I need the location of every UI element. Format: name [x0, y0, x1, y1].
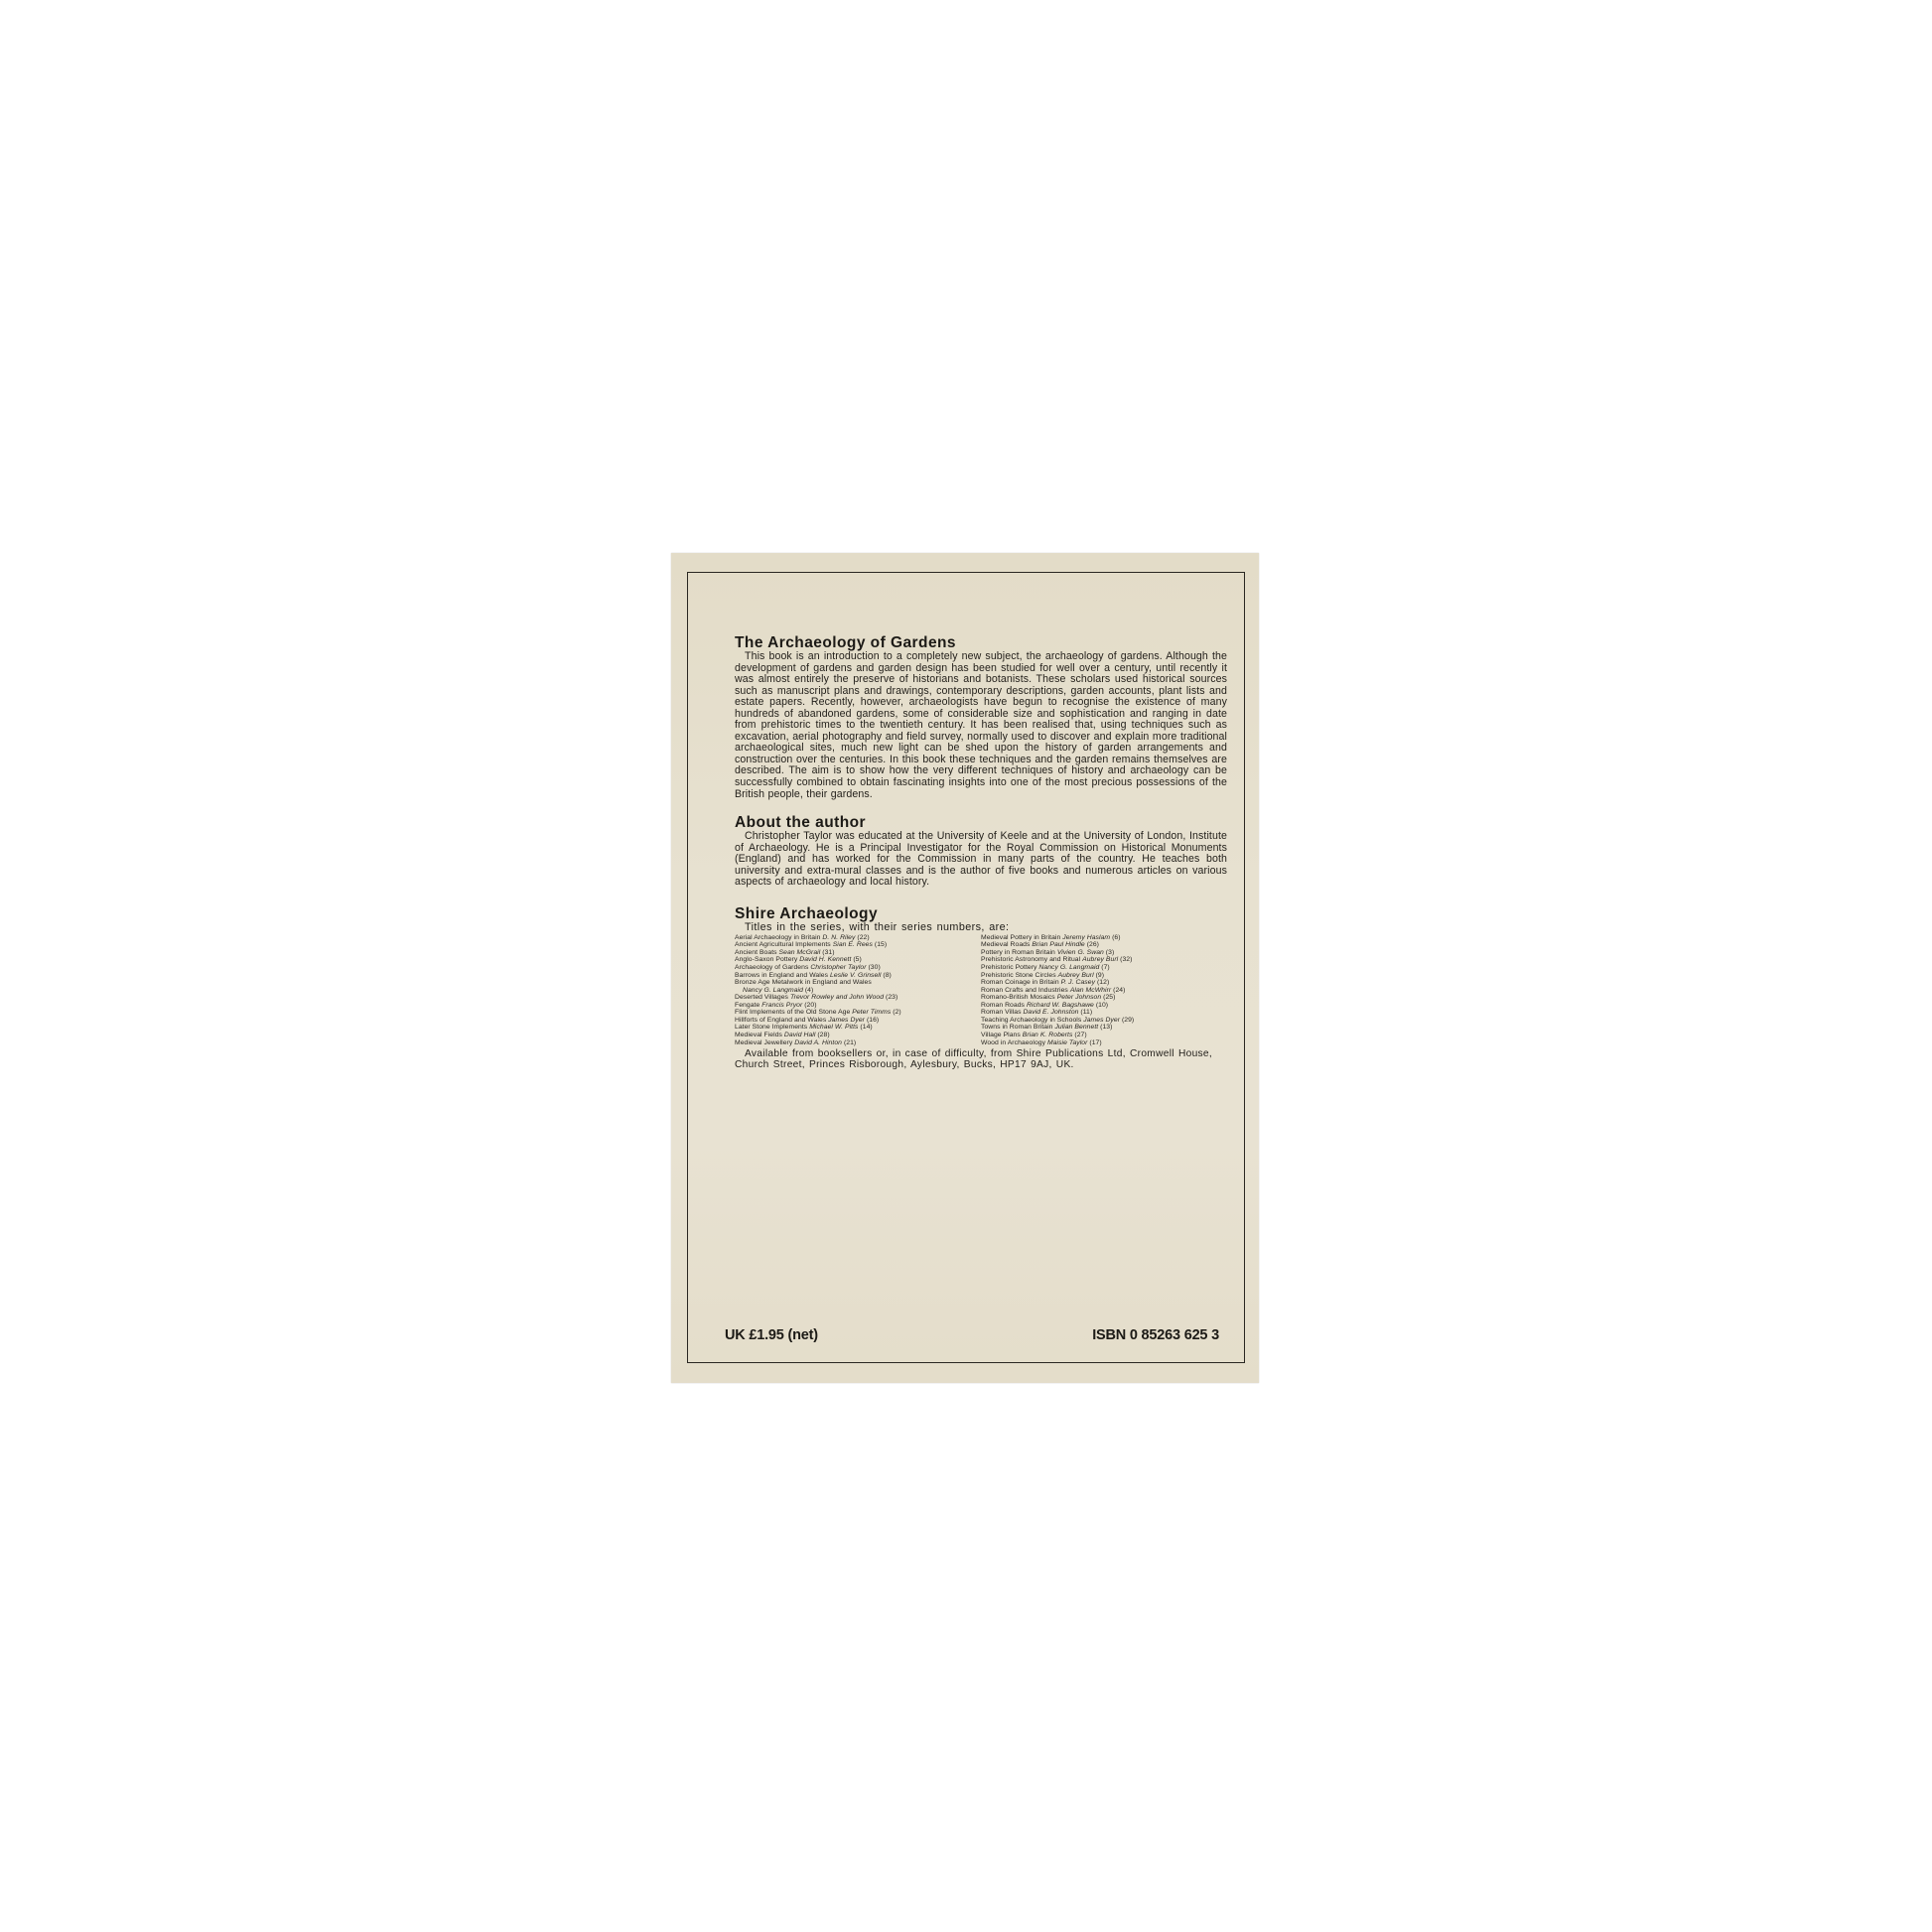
series-item-number: (9) — [1094, 972, 1104, 979]
series-item-number: (21) — [842, 1039, 856, 1046]
series-item-title: Barrows in England and Wales — [735, 972, 830, 979]
series-item-author: Brian K. Roberts — [1023, 1032, 1073, 1038]
series-item-author: James Dyer — [828, 1017, 865, 1024]
series-item-number: (15) — [873, 941, 887, 948]
series-list-item: Ancient Boats Sean McGrail (31) — [735, 949, 981, 957]
series-item-number: (31) — [820, 949, 834, 956]
series-item-title: Anglo-Saxon Pottery — [735, 956, 799, 963]
series-item-author: Aubrey Burl — [1058, 972, 1094, 979]
series-list-item: Later Stone Implements Michael W. Pitts … — [735, 1024, 981, 1032]
series-item-title: Village Plans — [981, 1032, 1023, 1038]
series-item-title: Roman Villas — [981, 1009, 1023, 1016]
series-list-item: Roman Villas David E. Johnston (11) — [981, 1009, 1227, 1017]
series-item-number: (23) — [884, 994, 897, 1001]
series-item-author: Sean McGrail — [779, 949, 821, 956]
series-list-item: Hillforts of England and Wales James Dye… — [735, 1017, 981, 1025]
series-list-item: Towns in Roman Britain Julian Bennett (1… — [981, 1024, 1227, 1032]
book-back-cover: The Archaeology of Gardens This book is … — [671, 553, 1259, 1383]
series-list-item: Flint Implements of the Old Stone Age Pe… — [735, 1009, 981, 1017]
series-item-title: Ancient Agricultural Implements — [735, 941, 833, 948]
isbn-label: ISBN 0 85263 625 3 — [1092, 1327, 1219, 1343]
series-item-number: (20) — [802, 1002, 816, 1009]
series-item-author: Peter Timms — [852, 1009, 891, 1016]
series-item-author: Christopher Taylor — [810, 964, 866, 971]
series-item-author: David A. Hinton — [794, 1039, 842, 1046]
series-item-number: (12) — [1095, 979, 1109, 986]
series-item-number: (28) — [815, 1032, 829, 1038]
series-list-item: Medieval Fields David Hall (28) — [735, 1032, 981, 1039]
series-list-item: Pottery in Roman Britain Vivien G. Swan … — [981, 949, 1227, 957]
series-list-left-column: Aerial Archaeology in Britain D. N. Rile… — [735, 934, 981, 1046]
series-item-author: James Dyer — [1083, 1017, 1120, 1024]
series-item-number: (4) — [803, 987, 813, 994]
series-item-number: (2) — [891, 1009, 900, 1016]
series-item-author: Alan McWhirr — [1070, 987, 1111, 994]
series-item-author: D. N. Riley — [822, 934, 855, 941]
series-item-author: Jeremy Haslam — [1062, 934, 1110, 941]
series-item-title: Bronze Age Metalwork in England and Wale… — [735, 979, 872, 986]
series-item-title: Medieval Roads — [981, 941, 1032, 948]
series-item-author: Maisie Taylor — [1047, 1039, 1087, 1046]
series-list-item: Deserted Villages Trevor Rowley and John… — [735, 994, 981, 1002]
book-description: This book is an introduction to a comple… — [735, 651, 1227, 800]
about-author-heading: About the author — [735, 815, 1227, 831]
series-item-title: Towns in Roman Britain — [981, 1024, 1054, 1031]
series-item-title: Prehistoric Astronomy and Ritual — [981, 956, 1082, 963]
series-list-item: Medieval Pottery in Britain Jeremy Hasla… — [981, 934, 1227, 942]
series-list-item: Ancient Agricultural Implements Sian E. … — [735, 941, 981, 949]
series-list-item: Bronze Age Metalwork in England and Wale… — [735, 979, 981, 987]
series-item-number: (17) — [1087, 1039, 1101, 1046]
series-item-title: Later Stone Implements — [735, 1024, 809, 1031]
series-item-number: (14) — [858, 1024, 872, 1031]
series-item-title: Aerial Archaeology in Britain — [735, 934, 822, 941]
series-item-author: Francis Pryor — [761, 1002, 802, 1009]
series-item-title: Romano-British Mosaics — [981, 994, 1057, 1001]
series-item-number: (16) — [865, 1017, 879, 1024]
series-item-author: Julian Bennett — [1054, 1024, 1098, 1031]
series-item-number: (13) — [1098, 1024, 1112, 1031]
series-list-item: Prehistoric Astronomy and Ritual Aubrey … — [981, 956, 1227, 964]
series-item-author: Aubrey Burl — [1082, 956, 1118, 963]
series-item-title: Wood in Archaeology — [981, 1039, 1047, 1046]
series-item-author: Peter Johnson — [1057, 994, 1101, 1001]
series-item-number: (25) — [1101, 994, 1115, 1001]
series-item-number: (26) — [1085, 941, 1099, 948]
series-item-title: Hillforts of England and Wales — [735, 1017, 828, 1024]
series-item-author: Michael W. Pitts — [809, 1024, 858, 1031]
series-item-title: Flint Implements of the Old Stone Age — [735, 1009, 852, 1016]
series-list-right-column: Medieval Pottery in Britain Jeremy Hasla… — [981, 934, 1227, 1046]
series-item-title: Teaching Archaeology in Schools — [981, 1017, 1083, 1024]
series-list-item: Archaeology of Gardens Christopher Taylo… — [735, 964, 981, 972]
series-list-item: Barrows in England and Wales Leslie V. G… — [735, 972, 981, 980]
series-item-title: Roman Coinage in Britain — [981, 979, 1061, 986]
series-item-author: Leslie V. Grinsell — [830, 972, 881, 979]
series-item-title: Roman Roads — [981, 1002, 1027, 1009]
availability-note: Available from booksellers or, in case o… — [735, 1048, 1227, 1070]
series-item-number: (5) — [851, 956, 861, 963]
series-item-number: (32) — [1118, 956, 1132, 963]
series-item-author: David H. Kennett — [799, 956, 851, 963]
series-list-item: Medieval Jewellery David A. Hinton (21) — [735, 1039, 981, 1047]
series-item-author: P. J. Casey — [1061, 979, 1095, 986]
series-item-author: David E. Johnston — [1023, 1009, 1078, 1016]
series-item-author: Sian E. Rees — [833, 941, 873, 948]
price-label: UK £1.95 (net) — [725, 1327, 818, 1343]
series-item-number: (22) — [855, 934, 869, 941]
series-list: Aerial Archaeology in Britain D. N. Rile… — [735, 934, 1227, 1046]
series-item-author: Trevor Rowley and John Wood — [790, 994, 884, 1001]
series-item-title: Roman Crafts and Industries — [981, 987, 1070, 994]
series-item-number: (11) — [1078, 1009, 1092, 1016]
series-item-number: (24) — [1111, 987, 1125, 994]
series-item-author: Nancy G. Langmaid — [743, 987, 803, 994]
series-list-item: Anglo-Saxon Pottery David H. Kennett (5) — [735, 956, 981, 964]
series-item-author: Nancy G. Langmaid — [1038, 964, 1099, 971]
cover-content: The Archaeology of Gardens This book is … — [735, 635, 1227, 1070]
series-list-item: Prehistoric Pottery Nancy G. Langmaid (7… — [981, 964, 1227, 972]
series-list-item: Roman Crafts and Industries Alan McWhirr… — [981, 987, 1227, 995]
series-item-number: (10) — [1094, 1002, 1108, 1009]
series-list-item: Roman Roads Richard W. Bagshawe (10) — [981, 1002, 1227, 1010]
series-item-author: David Hall — [784, 1032, 815, 1038]
series-item-title: Prehistoric Pottery — [981, 964, 1038, 971]
series-item-number: (8) — [881, 972, 891, 979]
series-item-title: Medieval Fields — [735, 1032, 784, 1038]
series-list-item: Fengate Francis Pryor (20) — [735, 1002, 981, 1010]
series-item-number: (27) — [1072, 1032, 1086, 1038]
series-item-author: Brian Paul Hindle — [1032, 941, 1084, 948]
series-item-author: Richard W. Bagshawe — [1027, 1002, 1094, 1009]
series-item-author: Vivien G. Swan — [1057, 949, 1104, 956]
series-list-item: Romano-British Mosaics Peter Johnson (25… — [981, 994, 1227, 1002]
series-item-number: (6) — [1110, 934, 1120, 941]
series-list-item: Prehistoric Stone Circles Aubrey Burl (9… — [981, 972, 1227, 980]
series-item-title: Pottery in Roman Britain — [981, 949, 1057, 956]
series-item-title: Fengate — [735, 1002, 761, 1009]
series-list-item: Nancy G. Langmaid (4) — [735, 987, 981, 995]
series-item-title: Medieval Jewellery — [735, 1039, 794, 1046]
series-list-item: Wood in Archaeology Maisie Taylor (17) — [981, 1039, 1227, 1047]
series-item-title: Archaeology of Gardens — [735, 964, 810, 971]
series-list-item: Roman Coinage in Britain P. J. Casey (12… — [981, 979, 1227, 987]
series-item-number: (29) — [1120, 1017, 1134, 1024]
series-list-item: Village Plans Brian K. Roberts (27) — [981, 1032, 1227, 1039]
series-list-item: Teaching Archaeology in Schools James Dy… — [981, 1017, 1227, 1025]
series-item-title: Ancient Boats — [735, 949, 779, 956]
series-item-number: (30) — [867, 964, 881, 971]
book-title-heading: The Archaeology of Gardens — [735, 635, 1227, 651]
series-item-title: Deserted Villages — [735, 994, 790, 1001]
series-item-title: Medieval Pottery in Britain — [981, 934, 1062, 941]
series-item-title: Prehistoric Stone Circles — [981, 972, 1058, 979]
series-item-number: (7) — [1099, 964, 1109, 971]
series-list-item: Medieval Roads Brian Paul Hindle (26) — [981, 941, 1227, 949]
author-biography: Christopher Taylor was educated at the U… — [735, 831, 1227, 889]
series-heading: Shire Archaeology — [735, 906, 1227, 922]
series-intro: Titles in the series, with their series … — [745, 922, 1227, 933]
series-item-number: (3) — [1104, 949, 1114, 956]
series-list-item: Aerial Archaeology in Britain D. N. Rile… — [735, 934, 981, 942]
